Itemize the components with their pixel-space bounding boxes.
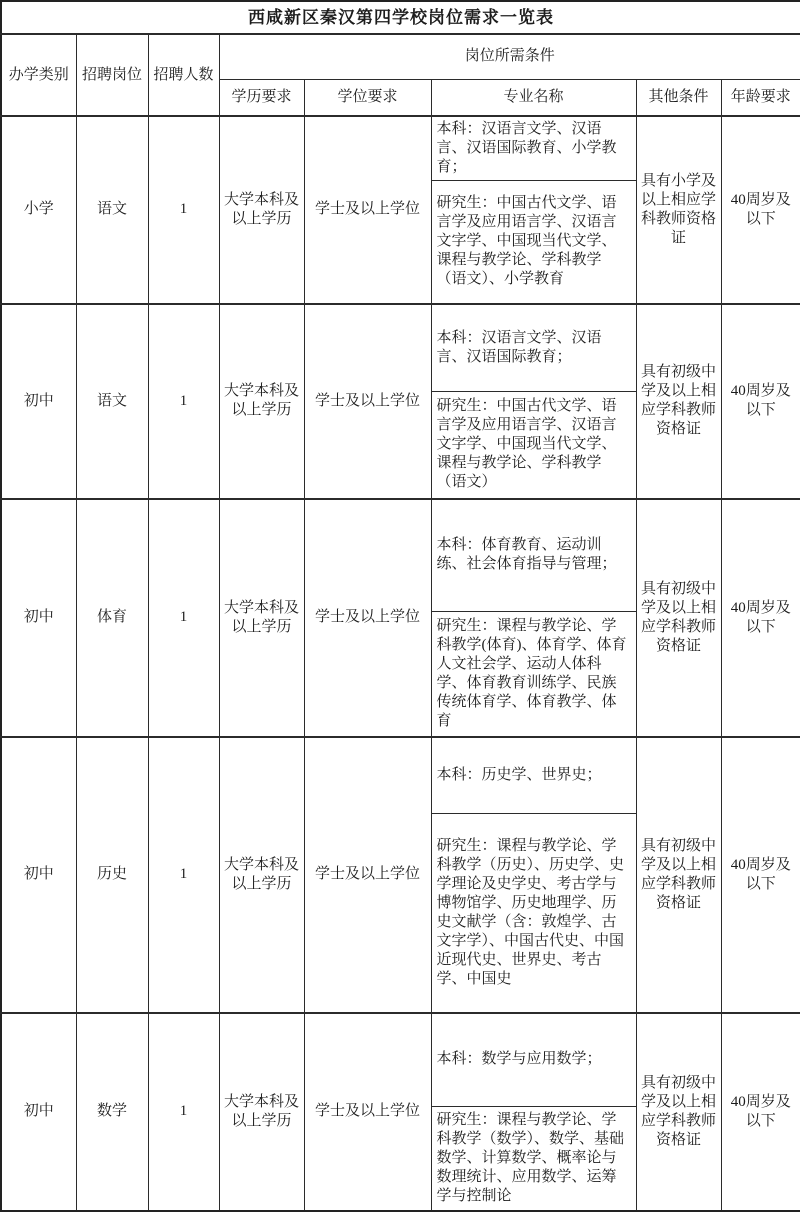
header-degree: 学位要求 — [304, 79, 431, 116]
other-conditions-cell: 具有初级中学及以上相应学科教师资格证 — [636, 304, 721, 499]
position-cell: 语文 — [76, 116, 148, 304]
position-cell: 历史 — [76, 737, 148, 1013]
other-conditions-cell: 具有初级中学及以上相应学科教师资格证 — [636, 737, 721, 1013]
degree-cell: 学士及以上学位 — [304, 1013, 431, 1211]
other-conditions-cell: 具有小学及以上相应学科教师资格证 — [636, 116, 721, 304]
category-cell: 初中 — [1, 737, 76, 1013]
education-cell: 大学本科及以上学历 — [219, 737, 304, 1013]
count-cell: 1 — [148, 116, 219, 304]
age-cell: 40周岁及以下 — [721, 499, 800, 737]
position-cell: 语文 — [76, 304, 148, 499]
document-page: 西咸新区秦汉第四学校岗位需求一览表 办学类别 招聘岗位 招聘人数 岗位所需条件 … — [0, 0, 800, 1212]
header-age: 年龄要求 — [721, 79, 800, 116]
degree-cell: 学士及以上学位 — [304, 499, 431, 737]
degree-cell: 学士及以上学位 — [304, 737, 431, 1013]
header-other: 其他条件 — [636, 79, 721, 116]
header-major: 专业名称 — [431, 79, 636, 116]
table-row: 初中 历史 1 大学本科及以上学历 学士及以上学位 本科：历史学、世界史； 具有… — [1, 737, 800, 814]
header-position: 招聘岗位 — [76, 34, 148, 116]
major-bachelor-cell: 本科：历史学、世界史； — [431, 737, 636, 814]
count-cell: 1 — [148, 304, 219, 499]
degree-cell: 学士及以上学位 — [304, 116, 431, 304]
category-cell: 初中 — [1, 304, 76, 499]
major-bachelor-cell: 本科：汉语言文学、汉语言、汉语国际教育、小学教育； — [431, 116, 636, 181]
header-education: 学历要求 — [219, 79, 304, 116]
age-cell: 40周岁及以下 — [721, 1013, 800, 1211]
header-conditions-group: 岗位所需条件 — [219, 34, 800, 79]
age-cell: 40周岁及以下 — [721, 737, 800, 1013]
other-conditions-cell: 具有初级中学及以上相应学科教师资格证 — [636, 1013, 721, 1211]
table-title: 西咸新区秦汉第四学校岗位需求一览表 — [1, 1, 800, 34]
major-bachelor-cell: 本科：汉语言文学、汉语言、汉语国际教育； — [431, 304, 636, 392]
education-cell: 大学本科及以上学历 — [219, 116, 304, 304]
major-graduate-cell: 研究生：课程与教学论、学科教学（数学）、数学、基础数学、计算数学、概率论与数理统… — [431, 1107, 636, 1211]
major-graduate-cell: 研究生：中国古代文学、语言学及应用语言学、汉语言文字学、中国现当代文学、课程与教… — [431, 181, 636, 304]
age-cell: 40周岁及以下 — [721, 304, 800, 499]
other-conditions-cell: 具有初级中学及以上相应学科教师资格证 — [636, 499, 721, 737]
degree-cell: 学士及以上学位 — [304, 304, 431, 499]
category-cell: 小学 — [1, 116, 76, 304]
table-row: 初中 体育 1 大学本科及以上学历 学士及以上学位 本科：体育教育、运动训练、社… — [1, 499, 800, 612]
major-bachelor-cell: 本科：体育教育、运动训练、社会体育指导与管理； — [431, 499, 636, 612]
table-row: 初中 数学 1 大学本科及以上学历 学士及以上学位 本科：数学与应用数学； 具有… — [1, 1013, 800, 1107]
major-graduate-cell: 研究生：中国古代文学、语言学及应用语言学、汉语言文字学、中国现当代文学、课程与教… — [431, 392, 636, 499]
position-cell: 体育 — [76, 499, 148, 737]
education-cell: 大学本科及以上学历 — [219, 1013, 304, 1211]
category-cell: 初中 — [1, 1013, 76, 1211]
count-cell: 1 — [148, 499, 219, 737]
education-cell: 大学本科及以上学历 — [219, 499, 304, 737]
table-row: 初中 语文 1 大学本科及以上学历 学士及以上学位 本科：汉语言文学、汉语言、汉… — [1, 304, 800, 392]
age-cell: 40周岁及以下 — [721, 116, 800, 304]
count-cell: 1 — [148, 737, 219, 1013]
major-graduate-cell: 研究生：课程与教学论、学科教学(体育)、体育学、体育人文社会学、运动人体科学、体… — [431, 612, 636, 737]
table-row: 小学 语文 1 大学本科及以上学历 学士及以上学位 本科：汉语言文学、汉语言、汉… — [1, 116, 800, 181]
header-count: 招聘人数 — [148, 34, 219, 116]
major-graduate-cell: 研究生：课程与教学论、学科教学（历史）、历史学、史学理论及史学史、考古学与博物馆… — [431, 814, 636, 1013]
position-cell: 数学 — [76, 1013, 148, 1211]
category-cell: 初中 — [1, 499, 76, 737]
header-category: 办学类别 — [1, 34, 76, 116]
count-cell: 1 — [148, 1013, 219, 1211]
education-cell: 大学本科及以上学历 — [219, 304, 304, 499]
major-bachelor-cell: 本科：数学与应用数学； — [431, 1013, 636, 1107]
job-requirements-table: 西咸新区秦汉第四学校岗位需求一览表 办学类别 招聘岗位 招聘人数 岗位所需条件 … — [0, 0, 800, 1212]
